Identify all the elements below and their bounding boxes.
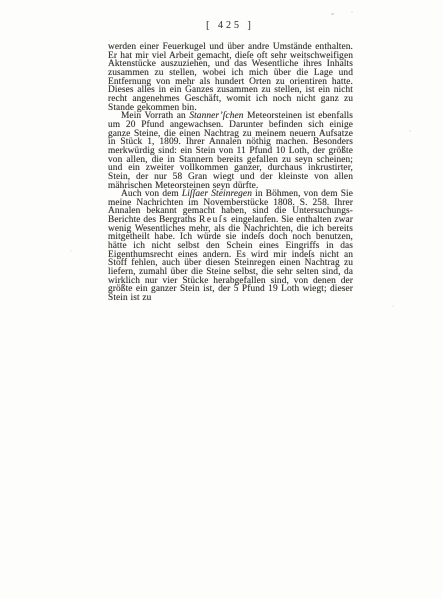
body-text: eingelaufen. Sie enthalten zwar wenig We… xyxy=(108,215,353,303)
scan-speck xyxy=(392,305,394,307)
page-number: [ 425 ] xyxy=(108,20,352,31)
paragraph: Auch von dem Liſſaer Steinregen in Böhme… xyxy=(108,190,353,303)
paragraph: werden einer Feuerkugel und über andre U… xyxy=(108,43,353,112)
scan-speck xyxy=(331,13,334,15)
scan-speck xyxy=(70,250,72,252)
book-page: [ 425 ] werden einer Feuerkugel und über… xyxy=(0,0,443,599)
paragraph: Mein Vorrath an Stanner’ſchen Meteorstei… xyxy=(108,112,353,190)
scan-speck xyxy=(409,130,411,132)
text-block: werden einer Feuerkugel und über andre U… xyxy=(108,43,353,303)
body-text: Meteorsteinen ist ebenfalls um 20 Pfund … xyxy=(108,111,353,190)
scan-speck xyxy=(351,11,353,13)
body-text: werden einer Feuerkugel und über andre U… xyxy=(108,42,353,113)
